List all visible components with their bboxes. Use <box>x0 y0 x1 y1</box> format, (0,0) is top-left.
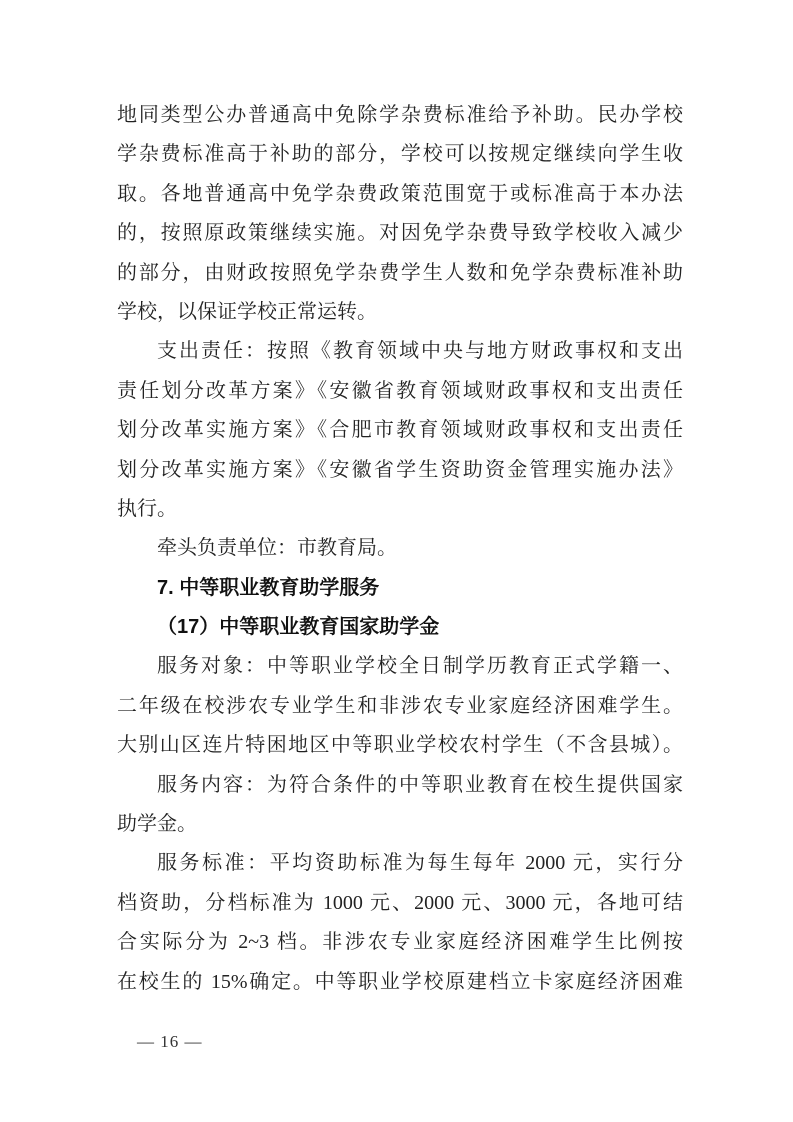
heading-line: 7. 中等职业教育助学服务 <box>117 569 683 608</box>
text-line: 支出责任：按照《教育领域中央与地方财政事权和支出 <box>117 332 683 371</box>
text-line: 大别山区连片特困地区中等职业学校农村学生（不含县城）。 <box>117 726 683 765</box>
para-lead-unit: 牵头负责单位：市教育局。 <box>117 529 683 568</box>
text-line: 助学金。 <box>117 805 683 844</box>
text-line: 执行。 <box>117 490 683 529</box>
text-line: 服务内容：为符合条件的中等职业教育在校生提供国家 <box>117 766 683 805</box>
text-line: 二年级在校涉农专业学生和非涉农专业家庭经济困难学生。 <box>117 687 683 726</box>
text-line: 划分改革实施方案》《合肥市教育领域财政事权和支出责任 <box>117 411 683 450</box>
text-line: 合实际分为 2~3 档。非涉农专业家庭经济困难学生比例按 <box>117 923 683 962</box>
para-service-target: 服务对象：中等职业学校全日制学历教育正式学籍一、二年级在校涉农专业学生和非涉农专… <box>117 647 683 765</box>
para-continuation: 地同类型公办普通高中免除学杂费标准给予补助。民办学校学杂费标准高于补助的部分，学… <box>117 96 683 332</box>
text-line: 学杂费标准高于补助的部分，学校可以按规定继续向学生收 <box>117 135 683 174</box>
heading-item-17: （17）中等职业教育国家助学金 <box>117 608 683 647</box>
text-line: 取。各地普通高中免学杂费政策范围宽于或标准高于本办法 <box>117 175 683 214</box>
text-line: 牵头负责单位：市教育局。 <box>117 529 683 568</box>
text-line: 划分改革实施方案》《安徽省学生资助资金管理实施办法》 <box>117 451 683 490</box>
text-line: 责任划分改革方案》《安徽省教育领域财政事权和支出责任 <box>117 372 683 411</box>
para-expenditure-responsibility: 支出责任：按照《教育领域中央与地方财政事权和支出责任划分改革方案》《安徽省教育领… <box>117 332 683 529</box>
text-line: 的部分，由财政按照免学杂费学生人数和免学杂费标准补助 <box>117 254 683 293</box>
para-service-content: 服务内容：为符合条件的中等职业教育在校生提供国家助学金。 <box>117 766 683 845</box>
text-line: 服务对象：中等职业学校全日制学历教育正式学籍一、 <box>117 647 683 686</box>
text-line: 学校，以保证学校正常运转。 <box>117 293 683 332</box>
page-number: — 16 — <box>137 1030 203 1054</box>
text-line: 地同类型公办普通高中免除学杂费标准给予补助。民办学校 <box>117 96 683 135</box>
heading-line: （17）中等职业教育国家助学金 <box>117 608 683 647</box>
text-line: 档资助，分档标准为 1000 元、2000 元、3000 元，各地可结 <box>117 884 683 923</box>
heading-section-7: 7. 中等职业教育助学服务 <box>117 569 683 608</box>
para-service-standard: 服务标准：平均资助标准为每生每年 2000 元，实行分档资助，分档标准为 100… <box>117 844 683 1002</box>
text-line: 在校生的 15%确定。中等职业学校原建档立卡家庭经济困难 <box>117 963 683 1002</box>
text-line: 服务标准：平均资助标准为每生每年 2000 元，实行分 <box>117 844 683 883</box>
document-body: 地同类型公办普通高中免除学杂费标准给予补助。民办学校学杂费标准高于补助的部分，学… <box>117 96 683 1002</box>
document-page: 地同类型公办普通高中免除学杂费标准给予补助。民办学校学杂费标准高于补助的部分，学… <box>0 0 793 1122</box>
text-line: 的，按照原政策继续实施。对因免学杂费导致学校收入减少 <box>117 214 683 253</box>
